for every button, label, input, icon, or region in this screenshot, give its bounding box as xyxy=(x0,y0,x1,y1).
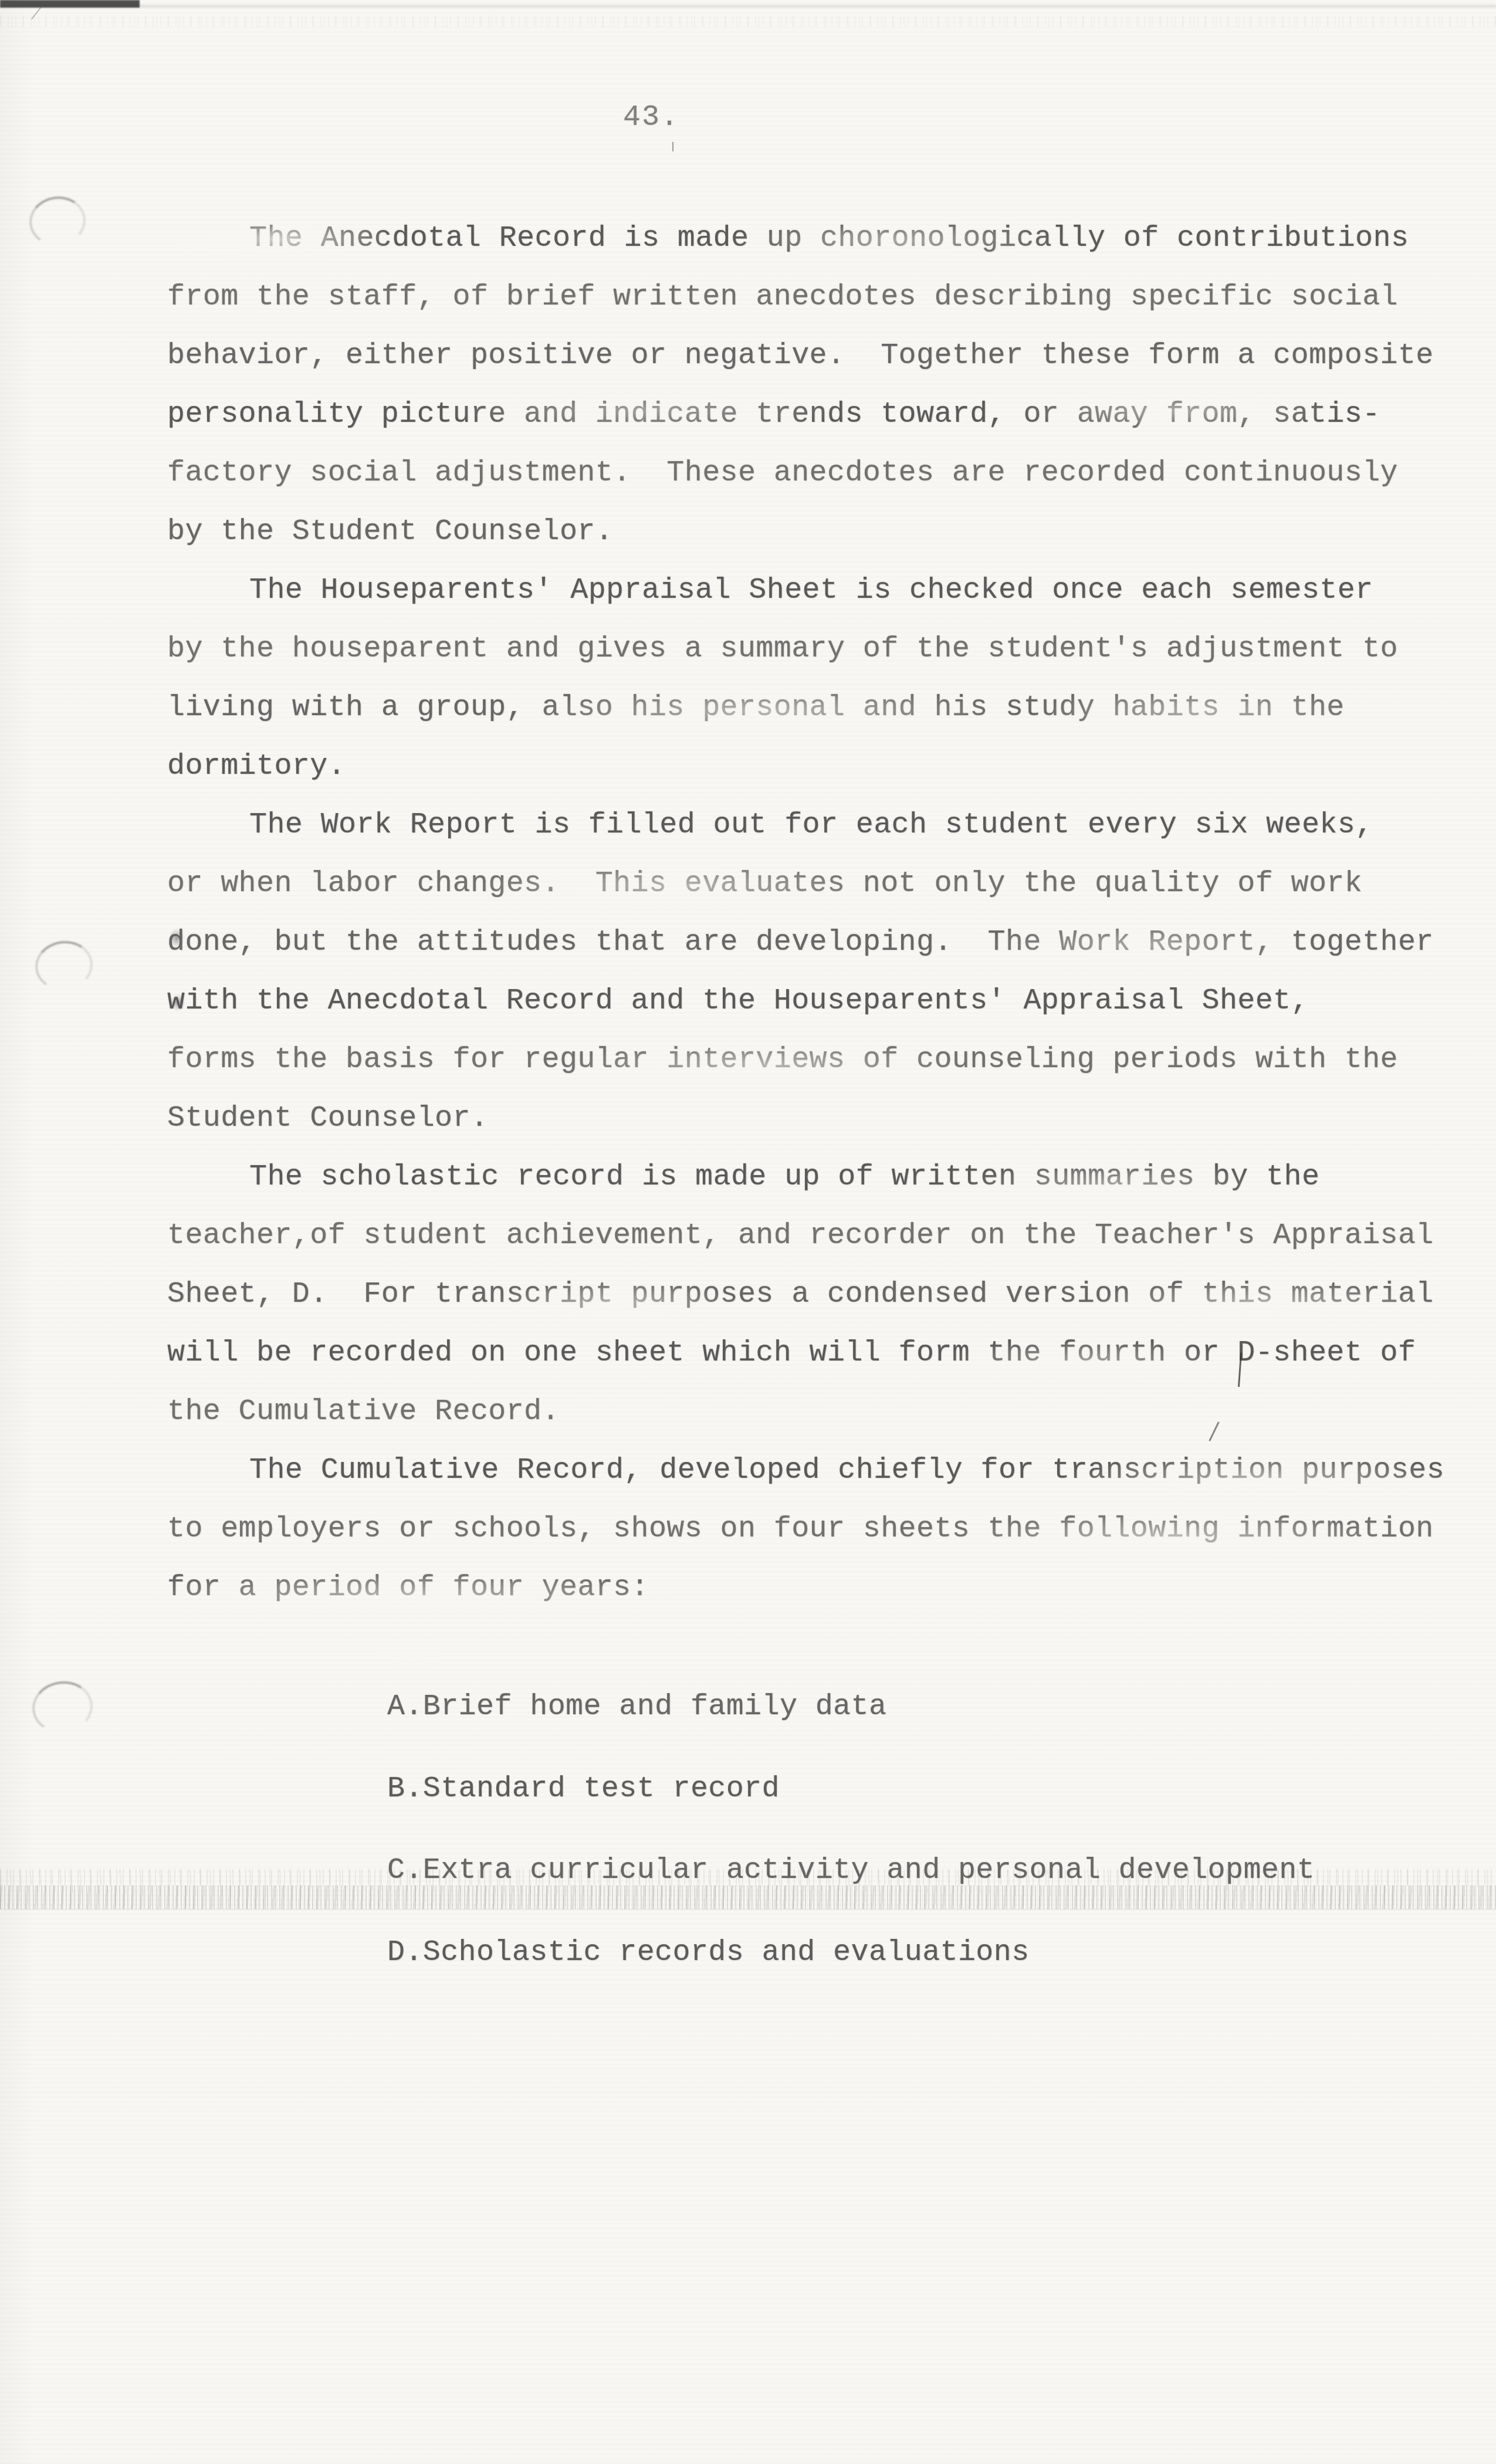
scan-noise-band xyxy=(0,1869,1496,1886)
paragraph-work-report: The Work Report is filled out for each s… xyxy=(167,808,1475,1160)
text-line: or when labor changes. This evaluates no… xyxy=(167,867,1475,926)
text-line: behavior, either positive or negative. T… xyxy=(167,339,1475,398)
text-line: by the Student Counselor. xyxy=(167,515,1475,574)
margin-arc-mark xyxy=(29,1677,96,1737)
scan-edge-line xyxy=(0,5,1496,8)
margin-arc-mark xyxy=(32,937,96,994)
text-line: The Cumulative Record, developed chiefly… xyxy=(167,1454,1475,1512)
scanned-document-page: 43. The Anecdotal Record is made up chor… xyxy=(0,0,1496,2464)
paragraph-cumulative-record: The Cumulative Record, developed chiefly… xyxy=(167,1454,1475,1630)
line-text: The xyxy=(249,808,321,842)
margin-arc-mark xyxy=(26,193,89,250)
underlined-term: Anecdotal Record xyxy=(321,222,606,255)
text-line: to employers or schools, shows on four s… xyxy=(167,1512,1475,1571)
page-number: 43. xyxy=(623,101,679,134)
text-line: Sheet, D. For transcript purposes a cond… xyxy=(167,1278,1475,1336)
text-line: living with a group, also his personal a… xyxy=(167,691,1475,750)
text-line: Student Counselor. xyxy=(167,1102,1475,1160)
underlined-term: Cumulative Record xyxy=(321,1454,624,1487)
text-line: The Work Report is filled out for each s… xyxy=(167,808,1475,867)
text-line: dormitory. xyxy=(167,750,1475,808)
scan-noise-strip-top xyxy=(0,15,1496,27)
paragraph-scholastic-record: The scholastic record is made up of writ… xyxy=(167,1160,1475,1454)
text-line: forms the basis for regular interviews o… xyxy=(167,1043,1475,1102)
underlined-term: Work Report xyxy=(321,808,517,842)
line-text: The xyxy=(249,1454,321,1487)
document-body: The Anecdotal Record is made up choronol… xyxy=(167,222,1475,1630)
underlined-term: The Houseparents' Appraisal Sheet xyxy=(249,574,838,607)
stray-ink-mark xyxy=(672,142,673,151)
line-text: is filled out for each student every six… xyxy=(517,808,1373,842)
list-item: B.Standard test record xyxy=(387,1776,1315,1803)
text-line: for a period of four years: xyxy=(167,1571,1475,1630)
cumulative-record-sheet-list: A.Brief home and family data B.Standard … xyxy=(387,1639,1315,2021)
text-line: personality picture and indicate trends … xyxy=(167,398,1475,456)
paragraph-houseparents-appraisal: The Houseparents' Appraisal Sheet is che… xyxy=(167,574,1475,808)
text-line: done, but the attitudes that are develop… xyxy=(167,926,1475,984)
text-line: will be recorded on one sheet which will… xyxy=(167,1336,1475,1395)
list-item: A.Brief home and family data xyxy=(387,1694,1315,1721)
line-text: is checked once each semester xyxy=(838,574,1373,607)
text-line: factory social adjustment. These anecdot… xyxy=(167,456,1475,515)
text-line: with the Anecdotal Record and the Housep… xyxy=(167,984,1475,1043)
paragraph-anecdotal-record: The Anecdotal Record is made up choronol… xyxy=(167,222,1475,574)
text-line: by the houseparent and gives a summary o… xyxy=(167,632,1475,691)
text-line: The Anecdotal Record is made up choronol… xyxy=(167,222,1475,280)
text-line: The scholastic record is made up of writ… xyxy=(167,1160,1475,1219)
scan-noise-band xyxy=(0,1886,1496,1909)
line-text: is made up choronologically of contribut… xyxy=(606,222,1409,255)
list-item: D.Scholastic records and evaluations xyxy=(387,1940,1315,1967)
text-line: teacher,of student achievement, and reco… xyxy=(167,1219,1475,1278)
line-text: The xyxy=(249,222,321,255)
line-text: , developed chiefly for transcription pu… xyxy=(624,1454,1445,1487)
text-line: the Cumulative Record. xyxy=(167,1395,1475,1454)
scan-noise-band xyxy=(0,1909,1496,1910)
text-line: The Houseparents' Appraisal Sheet is che… xyxy=(167,574,1475,632)
text-line: from the staff, of brief written anecdot… xyxy=(167,280,1475,339)
